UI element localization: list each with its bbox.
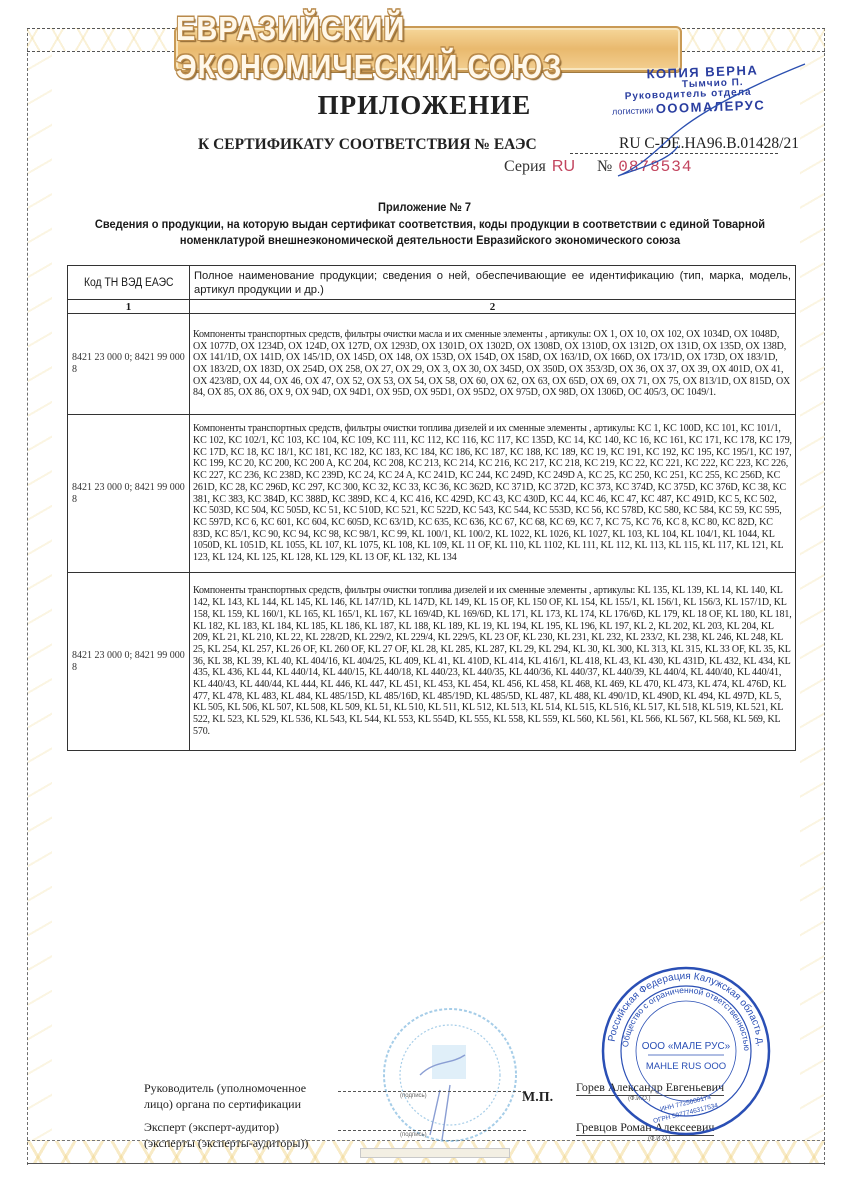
certificate-number-underline: [570, 153, 778, 154]
head-fio-caption: (Ф.И.О.): [628, 1096, 651, 1102]
products-table: Код ТН ВЭД ЕАЭС Полное наименование прод…: [67, 265, 796, 751]
header-hs-code-label: Код ТН ВЭД ЕАЭС: [84, 277, 174, 289]
column-number-row: 1 2: [68, 300, 796, 314]
table-header-row: Код ТН ВЭД ЕАЭС Полное наименование прод…: [68, 266, 796, 300]
stamp-line-dept: логистики: [612, 105, 654, 116]
certificate-prefix: К СЕРТИФИКАТУ СООТВЕТСТВИЯ № ЕАЭС: [198, 136, 537, 154]
hs-code-cell: 8421 23 000 0; 8421 99 000 8: [68, 314, 190, 415]
hs-code-cell: 8421 23 000 0; 8421 99 000 8: [68, 415, 190, 573]
expert-label-line-1: Эксперт (эксперт-аудитор): [144, 1119, 308, 1135]
head-signature-line: [338, 1091, 526, 1092]
table-row: 8421 23 000 0; 8421 99 000 8 Компоненты …: [68, 314, 796, 415]
expert-name: Гревцов Роман Алексеевич: [576, 1120, 714, 1136]
head-label-line-2: лицо) органа по сертификации: [144, 1096, 306, 1112]
head-name: Горев Александр Евгеньевич: [576, 1080, 724, 1096]
frame-left-ornament: [28, 52, 52, 1140]
product-description-cell: Компоненты транспортных средств, фильтры…: [190, 314, 796, 415]
column-number-1: 1: [68, 300, 190, 314]
expert-signature-caption: (подпись): [400, 1132, 427, 1138]
stamp-place-label: М.П.: [522, 1090, 553, 1106]
header-product-name: Полное наименование продукции; сведения …: [190, 266, 796, 300]
head-signature-caption: (подпись): [400, 1093, 427, 1099]
annex-description: Сведения о продукции, на которую выдан с…: [90, 216, 771, 248]
column-number-2: 2: [190, 300, 796, 314]
series-label: Серия: [504, 158, 546, 175]
frame-right-ornament: [800, 52, 824, 1140]
expert-label-line-2: (эксперты (эксперты-аудиторы)): [144, 1135, 308, 1151]
series-number: 0878534: [618, 158, 692, 176]
certificate-number: RU C-DE.HA96.B.01428/21: [619, 135, 799, 153]
number-sign: №: [597, 158, 612, 175]
expert-signature-line: [338, 1130, 526, 1131]
series-line: СерияRU№0878534: [504, 158, 692, 176]
annex-number: Приложение № 7: [34, 200, 815, 214]
copy-certified-stamp: КОПИЯ ВЕРНА Тымчио П. Руководитель отдел…: [597, 63, 779, 118]
header-hs-code: Код ТН ВЭД ЕАЭС: [68, 266, 190, 300]
product-description-cell: Компоненты транспортных средств, фильтры…: [190, 415, 796, 573]
expert-label: Эксперт (эксперт-аудитор) (эксперты (экс…: [144, 1119, 308, 1151]
head-of-certification-body-label: Руководитель (уполномоченное лицо) орган…: [144, 1080, 306, 1112]
printer-serial-strip: [360, 1148, 510, 1158]
hs-code-cell: 8421 23 000 0; 8421 99 000 8: [68, 573, 190, 751]
table-row: 8421 23 000 0; 8421 99 000 8 Компоненты …: [68, 415, 796, 573]
series-code: RU: [552, 158, 575, 175]
table-row: 8421 23 000 0; 8421 99 000 8 Компоненты …: [68, 573, 796, 751]
eaeu-banner: ЕВРАЗИЙСКИЙ ЭКОНОМИЧЕСКИЙ СОЮЗ: [174, 26, 682, 72]
expert-fio-caption: (Ф.И.О.): [648, 1136, 671, 1142]
product-description-cell: Компоненты транспортных средств, фильтры…: [190, 573, 796, 751]
head-label-line-1: Руководитель (уполномоченное: [144, 1080, 306, 1096]
